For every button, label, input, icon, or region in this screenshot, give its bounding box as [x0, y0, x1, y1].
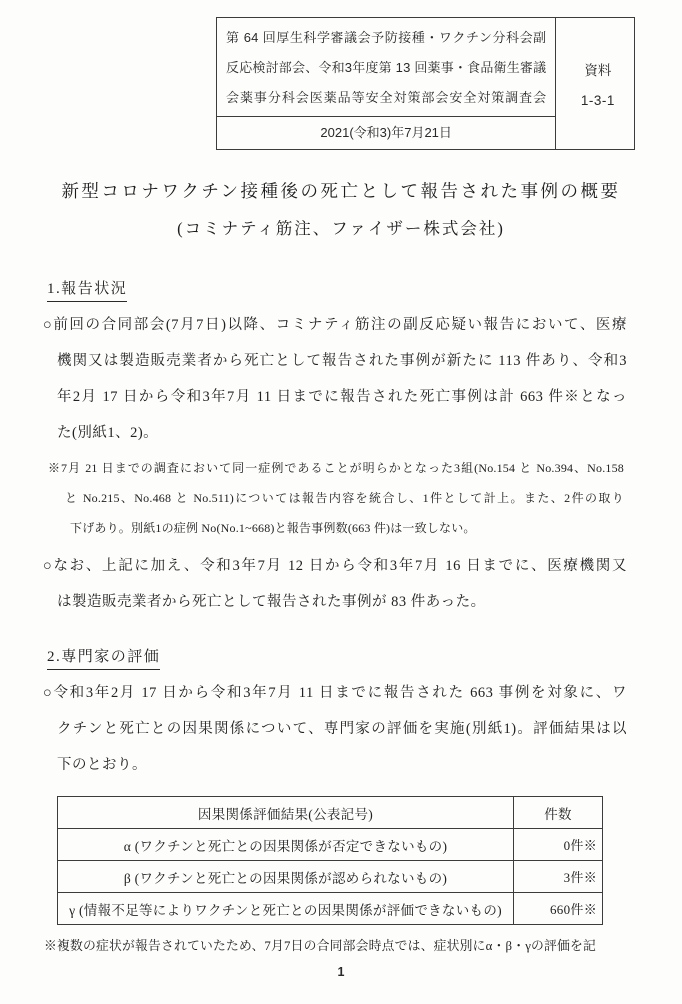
table-footnote: ※複数の症状が報告されていたため、7月7日の合同部会時点では、症状別にα・β・γ…	[44, 932, 642, 960]
causality-evaluation-table: 因果関係評価結果(公表記号) 件数 α (ワクチンと死亡との因果関係が否定できな…	[57, 796, 603, 925]
note-line: 下げあり。別紙1の症例 No(No.1~668)と報告事例数(663 件)は一致…	[70, 513, 624, 543]
title-line-2: (コミナティ筋注、ファイザー株式会社)	[0, 210, 682, 248]
table-header-count: 件数	[514, 797, 603, 829]
title-line-1: 新型コロナワクチン接種後の死亡として報告された事例の概要	[0, 172, 682, 210]
body-line: ○なお、上記に加え、令和3年7月 12 日から令和3年7月 16 日までに、医療…	[43, 548, 627, 584]
table-row-gamma: γ (情報不足等によりワクチンと死亡との因果関係が評価できないもの) 660件※	[58, 893, 603, 925]
doc-number: 1-3-1	[581, 93, 615, 108]
document-title: 新型コロナワクチン接種後の死亡として報告された事例の概要 (コミナティ筋注、ファ…	[0, 172, 682, 248]
body-line: 下のとおり。	[57, 747, 627, 783]
section-gap	[0, 620, 682, 646]
section-1-paragraph-1: ○前回の合同部会(7月7日)以降、コミナティ筋注の副反応疑い報告において、医療 …	[43, 307, 627, 451]
section-1-paragraph-2: ○なお、上記に加え、令和3年7月 12 日から令和3年7月 16 日までに、医療…	[43, 548, 627, 620]
section-1-asterisk-note: ※7月 21 日までの調査において同一症例であることが明らかとなった3組(No.…	[48, 453, 624, 543]
meeting-line: 会薬事分科会医薬品等安全対策部会安全対策調査会	[226, 83, 546, 113]
row-label: α (ワクチンと死亡との因果関係が否定できないもの)	[58, 829, 514, 861]
row-count: 660件※	[514, 893, 603, 925]
header-info-box: 第 64 回厚生科学審議会予防接種・ワクチン分科会副 反応検討部会、令和3年度第…	[216, 17, 635, 150]
body-line: た(別紙1、2)。	[57, 415, 627, 451]
table-row-alpha: α (ワクチンと死亡との因果関係が否定できないもの) 0件※	[58, 829, 603, 861]
page-number: 1	[0, 965, 682, 979]
body-line: 機関又は製造販売業者から死亡として報告された事例が新たに 113 件あり、令和3	[57, 343, 627, 379]
table-row-beta: β (ワクチンと死亡との因果関係が認められないもの) 3件※	[58, 861, 603, 893]
row-label: γ (情報不足等によりワクチンと死亡との因果関係が評価できないもの)	[58, 893, 514, 925]
body-line: は製造販売業者から死亡として報告された事例が 83 件あった。	[57, 584, 627, 620]
meeting-line: 第 64 回厚生科学審議会予防接種・ワクチン分科会副	[226, 23, 546, 53]
doc-number-label: 資料	[584, 59, 611, 79]
body-line: ○令和3年2月 17 日から令和3年7月 11 日までに報告された 663 事例…	[43, 675, 627, 711]
body-line: クチンと死亡との因果関係について、専門家の評価を実施(別紙1)。評価結果は以	[57, 711, 627, 747]
doc-number-cell: 資料 1-3-1	[556, 18, 639, 149]
row-count: 3件※	[514, 861, 603, 893]
note-line: ※7月 21 日までの調査において同一症例であることが明らかとなった3組(No.…	[48, 453, 624, 483]
document-date: 2021(令和3)年7月21日	[217, 116, 555, 149]
row-label: β (ワクチンと死亡との因果関係が認められないもの)	[58, 861, 514, 893]
note-line: と No.215、No.468 と No.511)については報告内容を統合し、1…	[65, 483, 624, 513]
section-2-paragraph: ○令和3年2月 17 日から令和3年7月 11 日までに報告された 663 事例…	[43, 675, 627, 783]
row-count: 0件※	[514, 829, 603, 861]
body-line: ○前回の合同部会(7月7日)以降、コミナティ筋注の副反応疑い報告において、医療	[43, 307, 627, 343]
meeting-line: 反応検討部会、令和3年度第 13 回薬事・食品衛生審議	[226, 53, 546, 83]
meeting-title-cell: 第 64 回厚生科学審議会予防接種・ワクチン分科会副 反応検討部会、令和3年度第…	[217, 18, 556, 149]
section-1-heading: 1.報告状況	[47, 278, 682, 302]
section-2-heading: 2.専門家の評価	[47, 646, 682, 670]
table-header-row: 因果関係評価結果(公表記号) 件数	[58, 797, 603, 829]
document-body: 1.報告状況 ○前回の合同部会(7月7日)以降、コミナティ筋注の副反応疑い報告に…	[0, 278, 682, 960]
body-line: 年2月 17 日から令和3年7月 11 日までに報告された死亡事例は計 663 …	[57, 379, 627, 415]
document-page: 第 64 回厚生科学審議会予防接種・ワクチン分科会副 反応検討部会、令和3年度第…	[0, 0, 682, 1004]
table-header-result: 因果関係評価結果(公表記号)	[58, 797, 514, 829]
meeting-title: 第 64 回厚生科学審議会予防接種・ワクチン分科会副 反応検討部会、令和3年度第…	[217, 18, 555, 116]
